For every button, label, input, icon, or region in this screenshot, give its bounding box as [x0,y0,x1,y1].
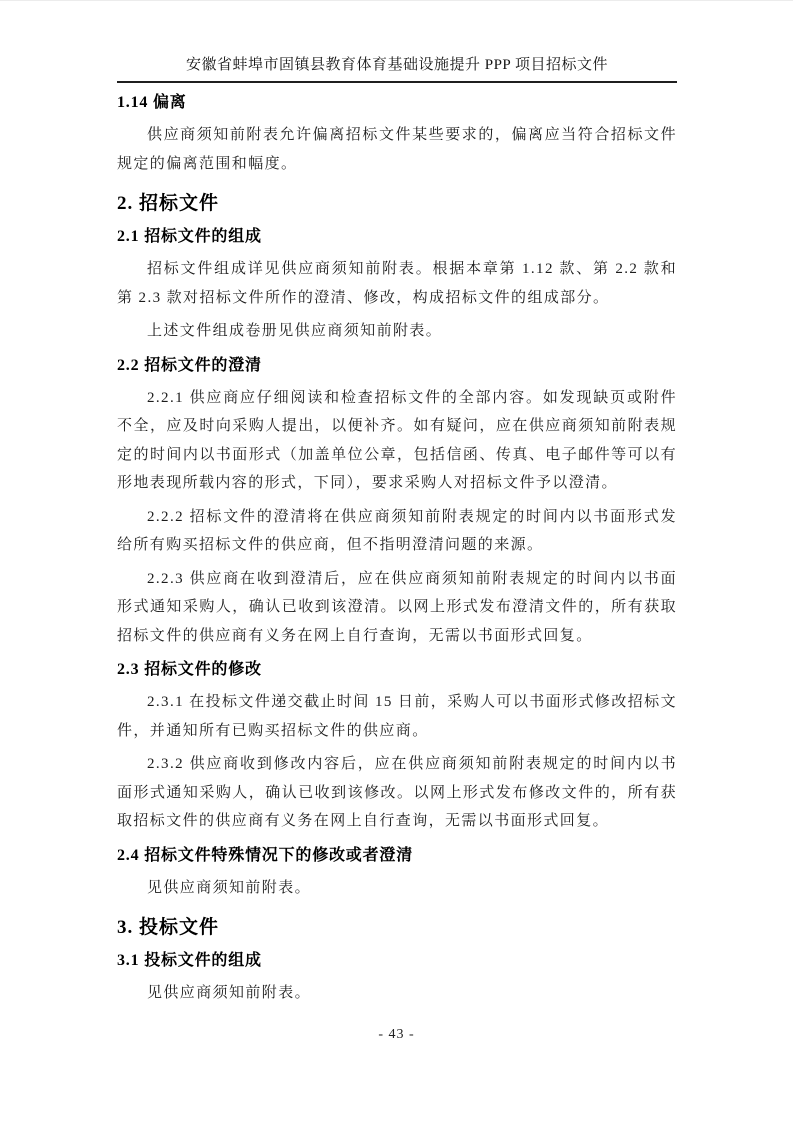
para-2-2-1: 2.2.1 供应商应仔细阅读和检查招标文件的全部内容。如发现缺页或附件不全，应及… [117,384,677,498]
clause-heading-1-14: 1.14 偏离 [117,92,677,114]
clause-heading-2-4: 2.4 招标文件特殊情况下的修改或者澄清 [117,845,677,867]
para-2-2-2: 2.2.2 招标文件的澄清将在供应商须知前附表规定的时间内以书面形式发给所有购买… [117,503,677,560]
para-1-14-1: 供应商须知前附表允许偏离招标文件某些要求的，偏离应当符合招标文件规定的偏离范围和… [117,121,677,178]
document-page: 安徽省蚌埠市固镇县教育体育基础设施提升 PPP 项目招标文件 1.14 偏离 供… [0,0,793,1123]
page-footer: - 43 - [0,1027,793,1043]
page-number: - 43 - [378,1027,414,1042]
para-2-3-1: 2.3.1 在投标文件递交截止时间 15 日前，采购人可以书面形式修改招标文件，… [117,688,677,745]
para-2-4-1: 见供应商须知前附表。 [117,874,677,903]
chapter-heading-2: 2. 招标文件 [117,190,677,217]
clause-heading-2-1: 2.1 招标文件的组成 [117,226,677,248]
para-2-1-2: 上述文件组成卷册见供应商须知前附表。 [117,317,677,346]
page-header-title: 安徽省蚌埠市固镇县教育体育基础设施提升 PPP 项目招标文件 [186,57,608,73]
para-2-3-2: 2.3.2 供应商收到修改内容后，应在供应商须知前附表规定的时间内以书面形式通知… [117,750,677,836]
clause-heading-2-2: 2.2 招标文件的澄清 [117,355,677,377]
chapter-heading-3: 3. 投标文件 [117,914,677,941]
clause-heading-3-1: 3.1 投标文件的组成 [117,950,677,972]
page-header: 安徽省蚌埠市固镇县教育体育基础设施提升 PPP 项目招标文件 [117,53,677,83]
para-3-1-1: 见供应商须知前附表。 [117,979,677,1008]
para-2-2-3: 2.2.3 供应商在收到澄清后，应在供应商须知前附表规定的时间内以书面形式通知采… [117,565,677,651]
page-content: 安徽省蚌埠市固镇县教育体育基础设施提升 PPP 项目招标文件 1.14 偏离 供… [117,53,677,1013]
para-2-1-1: 招标文件组成详见供应商须知前附表。根据本章第 1.12 款、第 2.2 款和第 … [117,255,677,312]
clause-heading-2-3: 2.3 招标文件的修改 [117,659,677,681]
